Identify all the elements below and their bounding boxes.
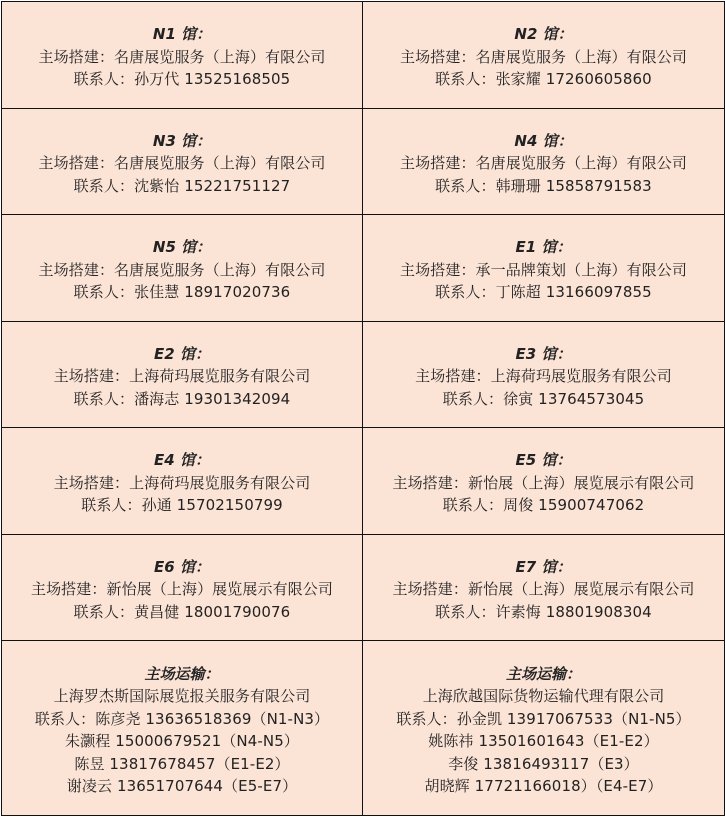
hall-cell-e3: E3 馆： 主场搭建：上海荷玛展览服务有限公司 联系人：徐寅 137645730… [363,321,725,428]
hall-title: N2 馆： [367,23,720,46]
hall-title: E5 馆： [367,449,720,472]
hall-contact: 联系人：孙万代 13525168505 [6,68,358,91]
table-row: E4 馆： 主场搭建：上海荷玛展览服务有限公司 联系人：孙通 157021507… [2,428,725,535]
hall-title: N1 馆： [6,23,358,46]
transport-company: 上海罗杰斯国际展览报关服务有限公司 [6,685,358,708]
hall-contact: 联系人：丁陈超 13166097855 [367,281,720,304]
hall-cell-e7: E7 馆： 主场搭建：新怡展（上海）展览展示有限公司 联系人：许素悔 18801… [363,534,725,641]
transport-cell-rogers: 主场运输： 上海罗杰斯国际展览报关服务有限公司 联系人：陈彦尧 13636518… [2,641,363,816]
hall-cell-e2: E2 馆： 主场搭建：上海荷玛展览服务有限公司 联系人：潘海志 19301342… [2,321,363,428]
hall-builder: 主场搭建：承一品牌策划（上海）有限公司 [367,259,720,282]
hall-contact: 联系人：潘海志 19301342094 [6,388,358,411]
transport-contact: 陈昱 13817678457（E1-E2） [6,753,358,776]
transport-contact: 联系人：孙金凯 13917067533（N1-N5） [367,708,720,731]
hall-title: E6 馆： [6,556,358,579]
hall-contact: 联系人：许素悔 18801908304 [367,601,720,624]
table-row: N1 馆： 主场搭建：名唐展览服务（上海）有限公司 联系人：孙万代 135251… [2,2,725,109]
hall-title: E4 馆： [6,449,358,472]
table-row: E6 馆： 主场搭建：新怡展（上海）展览展示有限公司 联系人：黄昌健 18001… [2,534,725,641]
hall-title: N5 馆： [6,236,358,259]
table-row: 主场运输： 上海罗杰斯国际展览报关服务有限公司 联系人：陈彦尧 13636518… [2,641,725,816]
transport-title: 主场运输： [367,663,720,686]
hall-builder: 主场搭建：名唐展览服务（上海）有限公司 [6,152,358,175]
hall-title: E3 馆： [367,343,720,366]
hall-builder: 主场搭建：上海荷玛展览服务有限公司 [6,472,358,495]
hall-cell-e1: E1 馆： 主场搭建：承一品牌策划（上海）有限公司 联系人：丁陈超 131660… [363,215,725,322]
hall-contact: 联系人：张佳慧 18917020736 [6,281,358,304]
hall-builder: 主场搭建：名唐展览服务（上海）有限公司 [6,46,358,69]
hall-title: E7 馆： [367,556,720,579]
hall-contact: 联系人：徐寅 13764573045 [367,388,720,411]
transport-contact: 李俊 13816493117（E3） [367,753,720,776]
hall-builder: 主场搭建：上海荷玛展览服务有限公司 [6,365,358,388]
hall-cell-n5: N5 馆： 主场搭建：名唐展览服务（上海）有限公司 联系人：张佳慧 189170… [2,215,363,322]
hall-builder: 主场搭建：新怡展（上海）展览展示有限公司 [367,472,720,495]
hall-title: E1 馆： [367,236,720,259]
hall-builder: 主场搭建：上海荷玛展览服务有限公司 [367,365,720,388]
hall-builder: 主场搭建：名唐展览服务（上海）有限公司 [6,259,358,282]
hall-title: E2 馆： [6,343,358,366]
transport-company: 上海欣越国际货物运输代理有限公司 [367,685,720,708]
hall-cell-n4: N4 馆： 主场搭建：名唐展览服务（上海）有限公司 联系人：韩珊珊 158587… [363,108,725,215]
hall-builder: 主场搭建：名唐展览服务（上海）有限公司 [367,46,720,69]
hall-cell-n2: N2 馆： 主场搭建：名唐展览服务（上海）有限公司 联系人：张家耀 172606… [363,2,725,109]
hall-contact: 联系人：孙通 15702150799 [6,494,358,517]
hall-builder: 主场搭建：新怡展（上海）展览展示有限公司 [6,578,358,601]
transport-contact: 谢凌云 13651707644（E5-E7） [6,775,358,798]
hall-title: N4 馆： [367,130,720,153]
table-row: N3 馆： 主场搭建：名唐展览服务（上海）有限公司 联系人：沈紫怡 152217… [2,108,725,215]
table-row: N5 馆： 主场搭建：名唐展览服务（上海）有限公司 联系人：张佳慧 189170… [2,215,725,322]
hall-contact: 联系人：沈紫怡 15221751127 [6,175,358,198]
hall-cell-e4: E4 馆： 主场搭建：上海荷玛展览服务有限公司 联系人：孙通 157021507… [2,428,363,535]
transport-contact: 联系人：陈彦尧 13636518369（N1-N3） [6,708,358,731]
table-row: E2 馆： 主场搭建：上海荷玛展览服务有限公司 联系人：潘海志 19301342… [2,321,725,428]
transport-contact: 朱灏程 15000679521（N4-N5） [6,730,358,753]
hall-contact: 联系人：黄昌健 18001790076 [6,601,358,624]
hall-cell-e5: E5 馆： 主场搭建：新怡展（上海）展览展示有限公司 联系人：周俊 159007… [363,428,725,535]
hall-cell-n1: N1 馆： 主场搭建：名唐展览服务（上海）有限公司 联系人：孙万代 135251… [2,2,363,109]
transport-contact: 姚陈祎 13501601643（E1-E2） [367,730,720,753]
hall-contact: 联系人：韩珊珊 15858791583 [367,175,720,198]
hall-contact: 联系人：张家耀 17260605860 [367,68,720,91]
hall-title: N3 馆： [6,130,358,153]
hall-builder: 主场搭建：新怡展（上海）展览展示有限公司 [367,578,720,601]
transport-cell-xinyue: 主场运输： 上海欣越国际货物运输代理有限公司 联系人：孙金凯 139170675… [363,641,725,816]
exhibition-contacts-table: N1 馆： 主场搭建：名唐展览服务（上海）有限公司 联系人：孙万代 135251… [1,1,725,816]
hall-cell-n3: N3 馆： 主场搭建：名唐展览服务（上海）有限公司 联系人：沈紫怡 152217… [2,108,363,215]
transport-contact: 胡晓辉 17721166018）（E4-E7） [367,775,720,798]
hall-cell-e6: E6 馆： 主场搭建：新怡展（上海）展览展示有限公司 联系人：黄昌健 18001… [2,534,363,641]
transport-title: 主场运输： [6,663,358,686]
hall-builder: 主场搭建：名唐展览服务（上海）有限公司 [367,152,720,175]
hall-contact: 联系人：周俊 15900747062 [367,494,720,517]
